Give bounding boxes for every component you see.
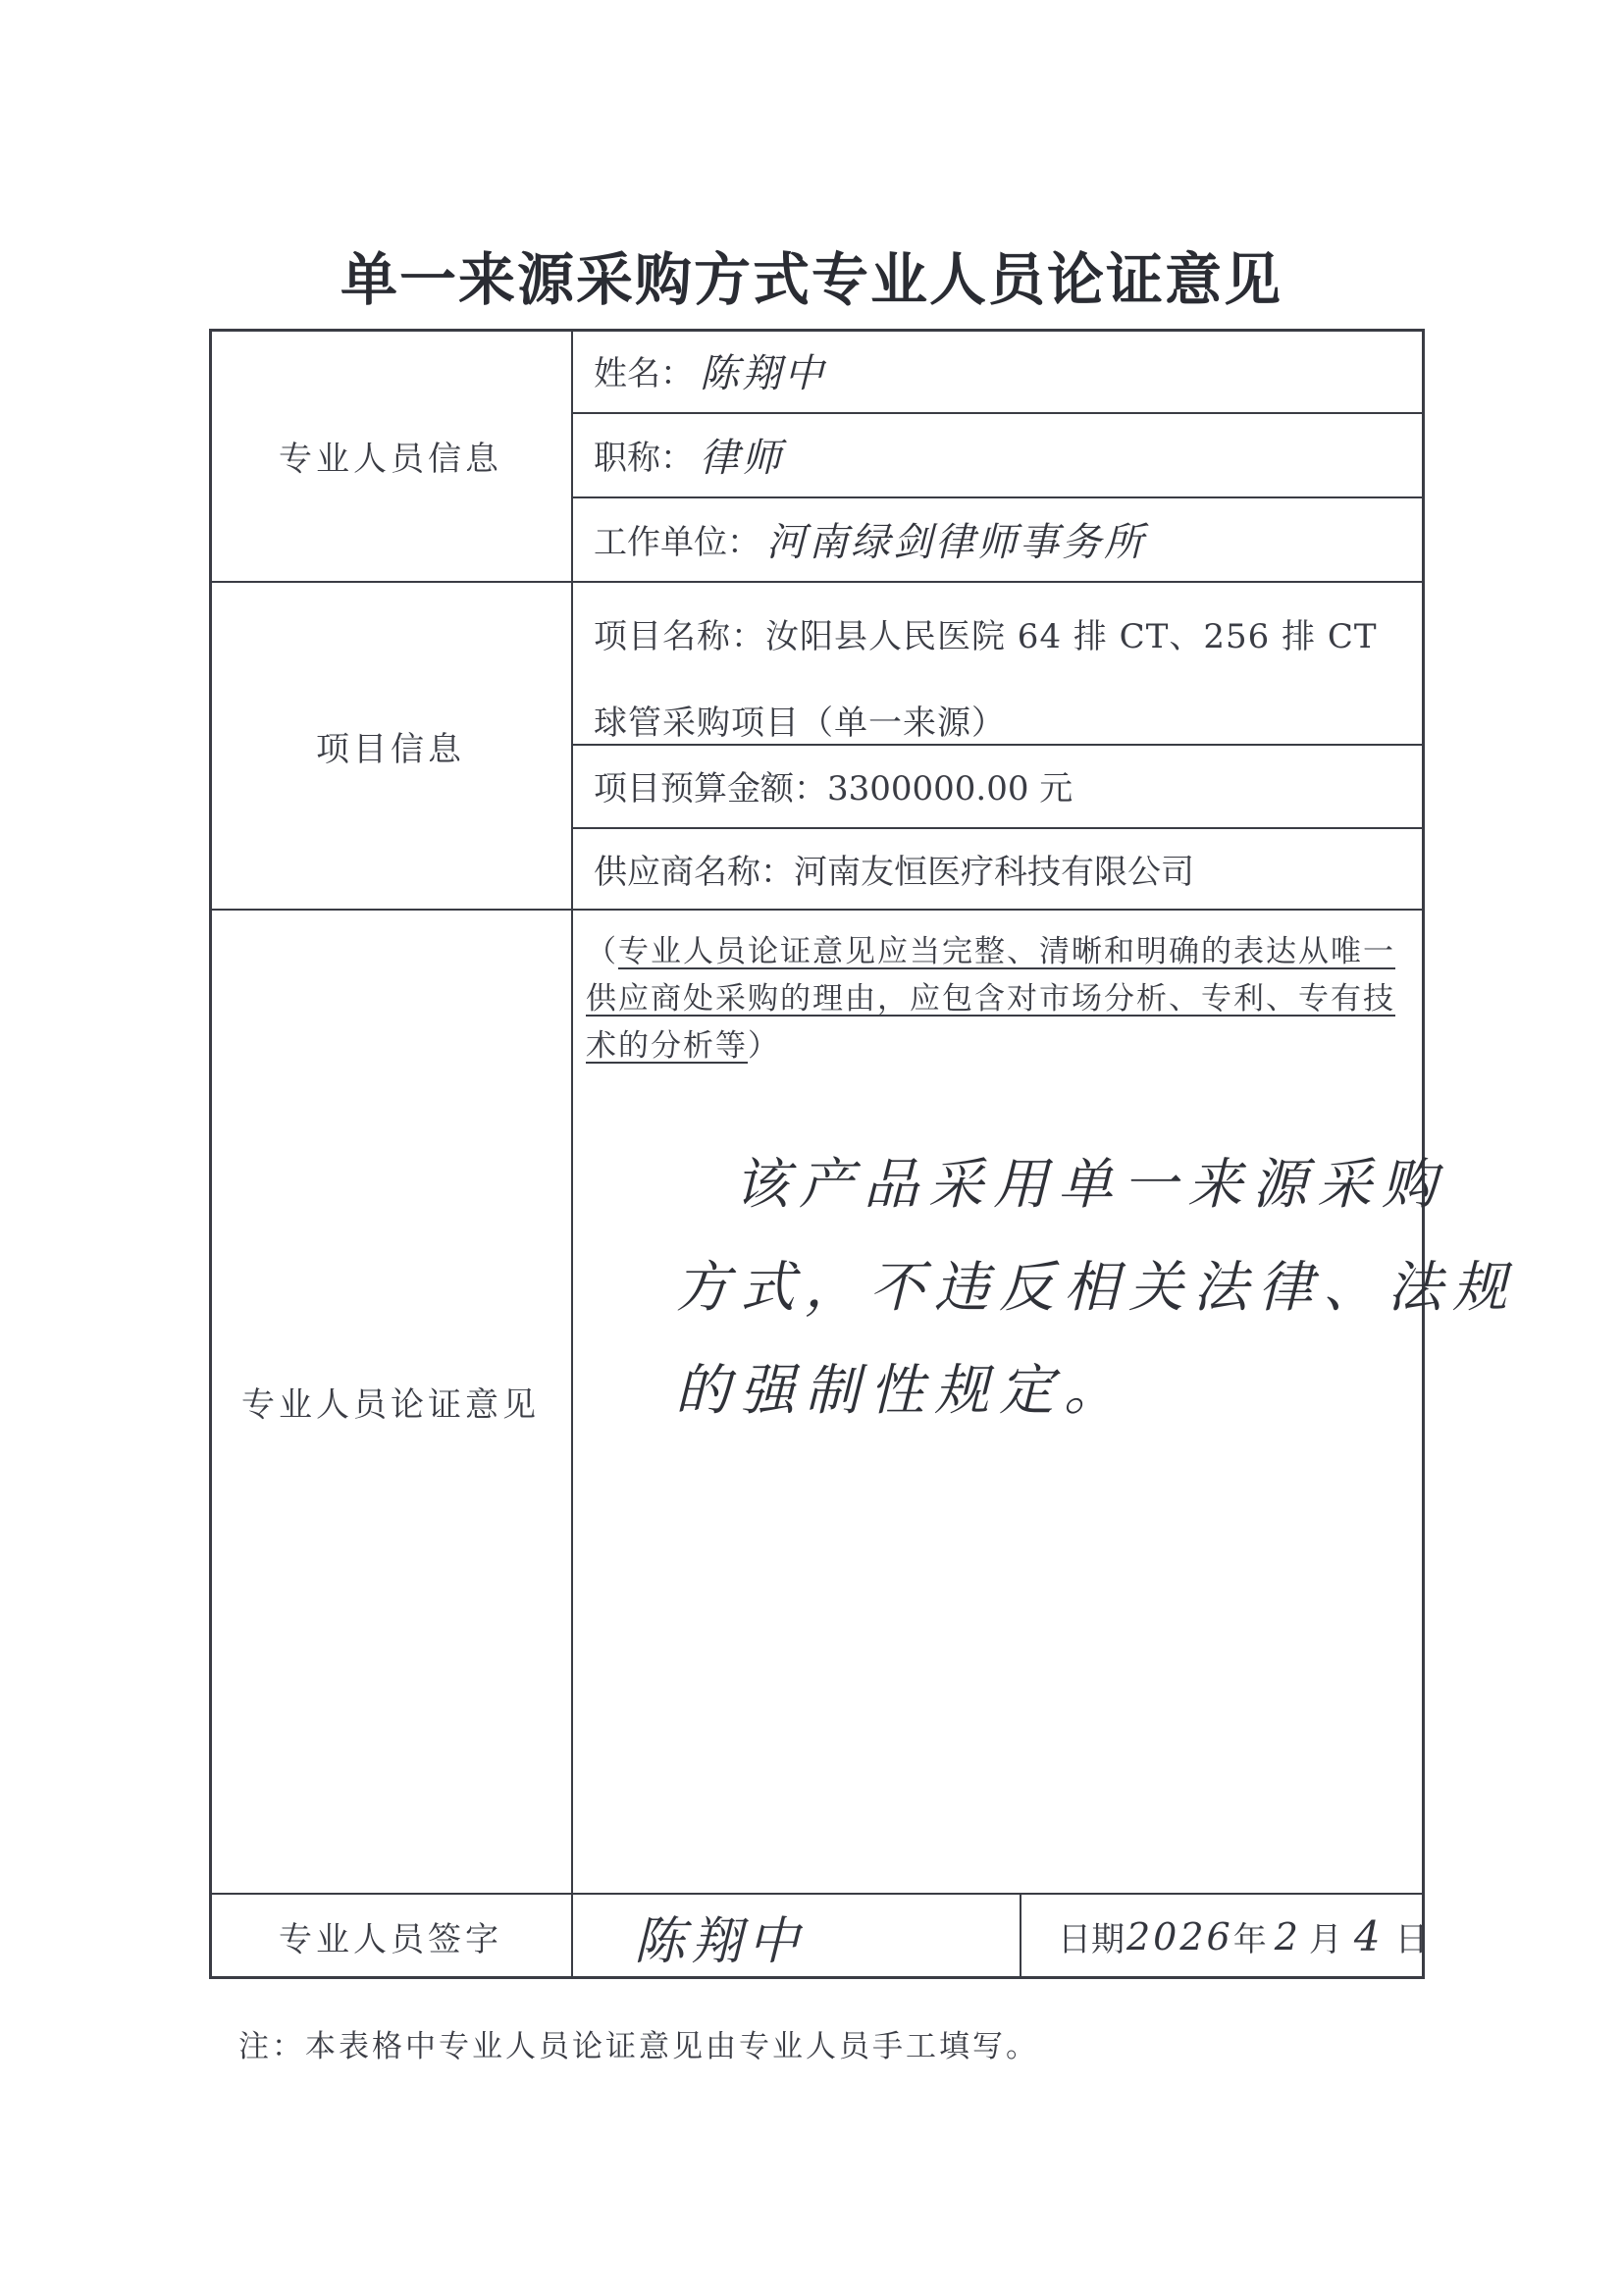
- project-info-label: 项目信息: [209, 582, 572, 910]
- date-day: 4: [1354, 1912, 1384, 1960]
- footnote: 注：本表格中专业人员论证意见由专业人员手工填写。: [238, 2021, 1039, 2065]
- professional-info-label: 专业人员信息: [209, 329, 572, 582]
- opinion-line3: 的强制性规定。: [675, 1339, 1517, 1442]
- name-label: 姓名：: [594, 346, 694, 394]
- employer-label: 工作单位：: [594, 515, 760, 563]
- date-year-unit: 年: [1233, 1912, 1267, 1960]
- opinion-label: 专业人员论证意见: [209, 910, 572, 1894]
- opinion-line1: 该产品采用单一来源采购: [675, 1133, 1517, 1236]
- project-name: 项目名称：汝阳县人民医院 64 排 CT、256 排 CT 球管采购项目（单一来…: [594, 594, 1378, 766]
- name-row: 姓名： 陈翔中: [594, 329, 826, 412]
- signature-label: 专业人员签字: [209, 1894, 572, 1979]
- date-label: 日期: [1058, 1912, 1125, 1960]
- date-month-unit: 月: [1309, 1912, 1342, 1960]
- date-year: 2026: [1126, 1915, 1233, 1958]
- project-name-line1: 项目名称：汝阳县人民医院 64 排 CT、256 排 CT: [594, 594, 1378, 680]
- opinion-line2: 方式，不违反相关法律、法规: [675, 1236, 1517, 1339]
- name-value: 陈翔中: [700, 342, 826, 398]
- title-row: 职称： 律师: [594, 412, 784, 496]
- instruction-open-paren: （: [586, 934, 618, 969]
- budget-value: 3300000.00 元: [827, 761, 1073, 809]
- date-day-unit: 日: [1395, 1912, 1429, 1960]
- page-title: 单一来源采购方式专业人员论证意见: [0, 234, 1623, 316]
- date-month: 2: [1275, 1915, 1301, 1958]
- employer-row: 工作单位： 河南绿剑律师事务所: [594, 496, 1146, 582]
- employer-value: 河南绿剑律师事务所: [766, 511, 1146, 567]
- supplier-label: 供应商名称：: [594, 845, 794, 893]
- supplier-row: 供应商名称： 河南友恒医疗科技有限公司: [594, 827, 1194, 910]
- instruction-line3: 术的分析等: [586, 1028, 748, 1064]
- budget-label: 项目预算金额：: [594, 761, 827, 809]
- title-label: 职称：: [594, 431, 694, 479]
- signature-value: 陈翔中: [634, 1900, 805, 1973]
- instruction-close-paren: ）: [748, 1028, 780, 1064]
- instruction-line1: 专业人员论证意见应当完整、清晰和明确的表达从唯一: [618, 934, 1395, 969]
- signature-cell: 陈翔中: [628, 1894, 805, 1979]
- date-cell: 日期 2026 年 2 月 4 日: [1058, 1894, 1429, 1979]
- supplier-value: 河南友恒医疗科技有限公司: [794, 845, 1194, 893]
- instruction-line2: 供应商处采购的理由，应包含对市场分析、专利、专有技: [586, 981, 1395, 1017]
- date-divider: [1020, 1894, 1021, 1979]
- opinion-instructions: （专业人员论证意见应当完整、清晰和明确的表达从唯一 供应商处采购的理由，应包含对…: [586, 928, 1415, 1070]
- budget-row: 项目预算金额： 3300000.00 元: [594, 744, 1073, 827]
- handwritten-opinion: 该产品采用单一来源采购 方式，不违反相关法律、法规 的强制性规定。: [675, 1133, 1517, 1442]
- title-value: 律师: [700, 427, 784, 483]
